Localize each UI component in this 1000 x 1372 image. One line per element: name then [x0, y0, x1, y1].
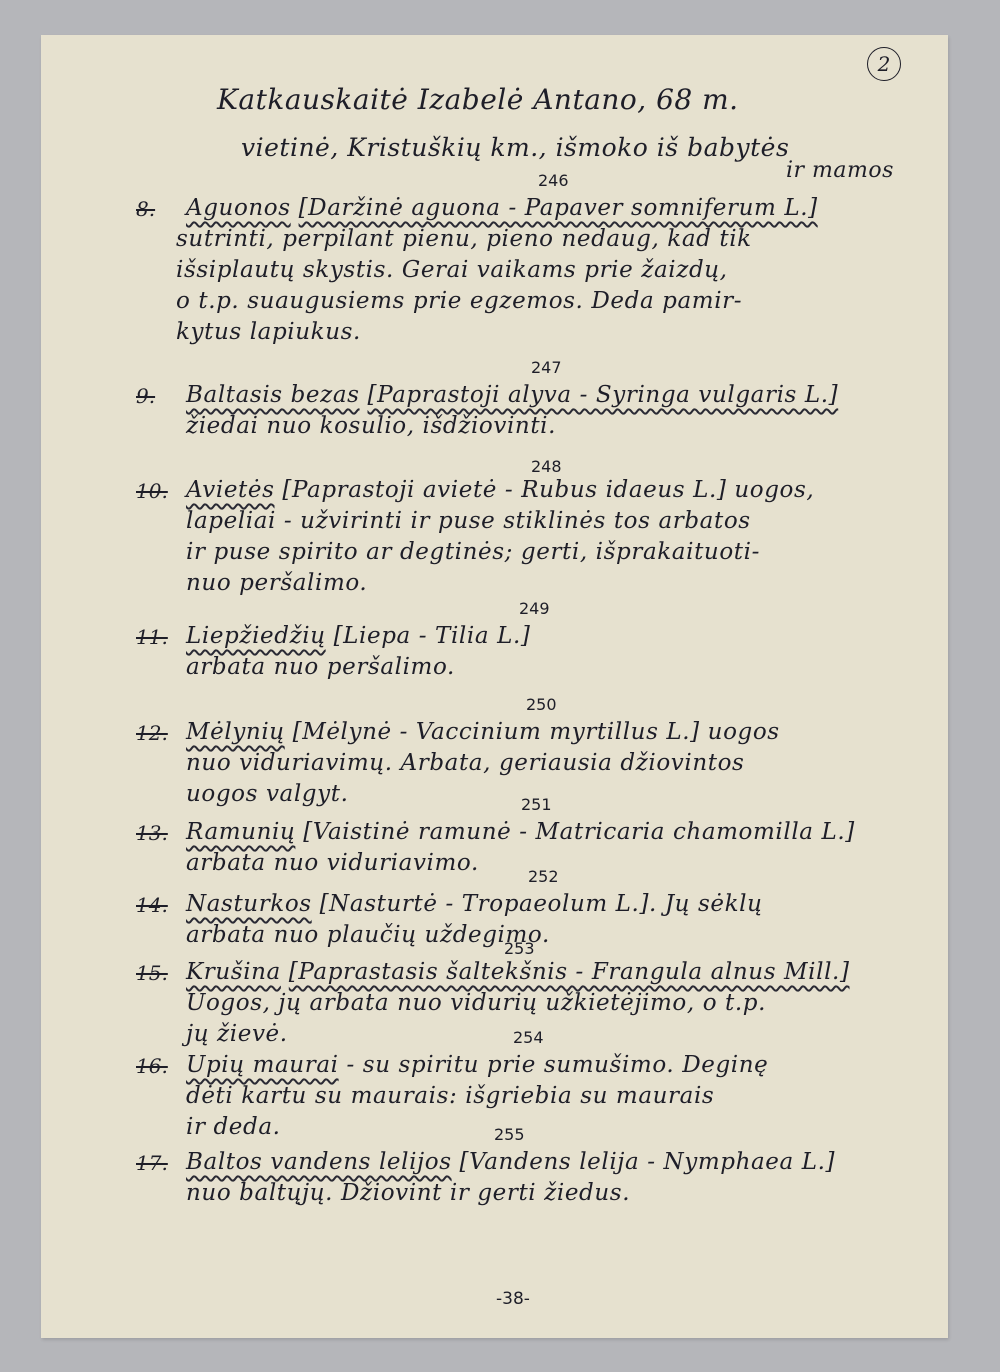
document-page: 2 Katkauskaitė Izabelė Antano, 68 m. vie…	[41, 35, 948, 1338]
entry-line: lapeliai - užvirinti ir puse stiklinės t…	[136, 506, 946, 537]
entry-index: 9.	[136, 384, 155, 408]
entry-index: 12.	[136, 721, 168, 745]
entry-line: žiedai nuo kosulio, išdžiovinti.	[136, 411, 946, 442]
plant-bracket: [Liepa - Tilia L.]	[334, 623, 531, 649]
plant-bracket: [Daržinė aguona - Papaver somniferum L.]	[299, 195, 818, 221]
plant-bracket: [Nasturtė - Tropaeolum L.]. Jų sėklų	[320, 891, 763, 917]
reference-number: 246	[538, 171, 569, 190]
entry-heading: Upių maurai - su spiritu prie sumušimo. …	[136, 1050, 946, 1081]
entry-line: arbata nuo plaučių uždegimo.	[136, 920, 946, 951]
entry-line: kytus lapiukus.	[136, 317, 946, 348]
footer-page-number: -38-	[496, 1289, 530, 1309]
reference-number: 249	[519, 599, 550, 618]
reference-number: 248	[531, 457, 562, 476]
entry-item: 16. Upių maurai - su spiritu prie sumuši…	[136, 1050, 946, 1143]
entry-index: 8.	[136, 197, 155, 221]
plant-name: Liepžiedžių	[186, 623, 326, 649]
entry-heading: Aguonos [Daržinė aguona - Papaver somnif…	[136, 193, 946, 224]
reference-number: 251	[521, 795, 552, 814]
reference-number: 254	[513, 1028, 544, 1047]
plant-bracket: [Mėlynė - Vaccinium myrtillus L.] uogos	[293, 719, 780, 745]
plant-bracket: [Paprastoji avietė - Rubus idaeus L.] uo…	[282, 477, 814, 503]
plant-bracket: [Paprastoji alyva - Syringa vulgaris L.]	[368, 382, 839, 408]
entry-line: nuo viduriavimų. Arbata, geriausia džiov…	[136, 748, 946, 779]
page-circle-number: 2	[867, 47, 901, 81]
plant-name: Mėlynių	[186, 719, 285, 745]
plant-name: Krušina	[186, 959, 281, 985]
entry-heading: Nasturkos [Nasturtė - Tropaeolum L.]. Jų…	[136, 889, 946, 920]
entry-heading: Ramunių [Vaistinė ramunė - Matricaria ch…	[136, 817, 946, 848]
entry-heading: Krušina [Paprastasis šaltekšnis - Frangu…	[136, 957, 946, 988]
plant-name: Aguonos	[186, 195, 291, 221]
plant-name: Baltos vandens lelijos	[186, 1149, 452, 1175]
entry-line: sutrinti, perpilant pienu, pieno nedaug,…	[136, 224, 946, 255]
plant-name: Upių maurai	[186, 1052, 339, 1078]
entry-index: 11.	[136, 625, 168, 649]
plant-name: Ramunių	[186, 819, 295, 845]
entry-line: arbata nuo peršalimo.	[136, 652, 946, 683]
entry-heading: Baltos vandens lelijos [Vandens lelija -…	[136, 1147, 946, 1178]
entry-index: 17.	[136, 1151, 168, 1175]
entry-index: 13.	[136, 821, 168, 845]
plant-name: Baltasis bezas	[186, 382, 360, 408]
informant-details-cont: ir mamos	[786, 158, 894, 183]
plant-bracket: [Vandens lelija - Nymphaea L.]	[460, 1149, 836, 1175]
entry-item: 10. Avietės [Paprastoji avietė - Rubus i…	[136, 475, 946, 599]
entry-heading: Liepžiedžių [Liepa - Tilia L.]	[136, 621, 946, 652]
entry-item: 17. Baltos vandens lelijos [Vandens leli…	[136, 1147, 946, 1209]
reference-number: 247	[531, 358, 562, 377]
entry-line: nuo peršalimo.	[136, 568, 946, 599]
plant-bracket: [Paprastasis šaltekšnis - Frangula alnus…	[289, 959, 850, 985]
entry-item: 9. Baltasis bezas [Paprastoji alyva - Sy…	[136, 380, 946, 442]
entry-line: dėti kartu su maurais: išgriebia su maur…	[136, 1081, 946, 1112]
entry-item: 11. Liepžiedžių [Liepa - Tilia L.] arbat…	[136, 621, 946, 683]
entry-item: 14. Nasturkos [Nasturtė - Tropaeolum L.]…	[136, 889, 946, 951]
entry-index: 14.	[136, 893, 168, 917]
plant-name: Nasturkos	[186, 891, 312, 917]
entry-heading: Avietės [Paprastoji avietė - Rubus idaeu…	[136, 475, 946, 506]
reference-number: 253	[504, 939, 535, 958]
informant-details: vietinė, Kristuškių km., išmoko iš babyt…	[241, 133, 789, 162]
entry-index: 16.	[136, 1054, 168, 1078]
entry-line: o t.p. suaugusiems prie egzemos. Deda pa…	[136, 286, 946, 317]
reference-number: 250	[526, 695, 557, 714]
reference-number: 252	[528, 867, 559, 886]
entry-index: 15.	[136, 961, 168, 985]
entry-index: 10.	[136, 479, 168, 503]
informant-title: Katkauskaitė Izabelė Antano, 68 m.	[217, 83, 739, 116]
plant-bracket: [Vaistinė ramunė - Matricaria chamomilla…	[303, 819, 855, 845]
plant-bracket: - su spiritu prie sumušimo. Deginę	[347, 1052, 769, 1078]
entry-heading: Mėlynių [Mėlynė - Vaccinium myrtillus L.…	[136, 717, 946, 748]
entry-line: nuo baltųjų. Džiovint ir gerti žiedus.	[136, 1178, 946, 1209]
entry-item: 8. Aguonos [Daržinė aguona - Papaver som…	[136, 193, 946, 348]
entry-line: Uogos, jų arbata nuo vidurių užkietėjimo…	[136, 988, 946, 1019]
plant-name: Avietės	[186, 477, 275, 503]
reference-number: 255	[494, 1125, 525, 1144]
entry-line: ir puse spirito ar degtinės; gerti, išpr…	[136, 537, 946, 568]
entry-line: ir deda.	[136, 1112, 946, 1143]
entry-heading: Baltasis bezas [Paprastoji alyva - Syrin…	[136, 380, 946, 411]
entry-line: išsiplautų skystis. Gerai vaikams prie ž…	[136, 255, 946, 286]
